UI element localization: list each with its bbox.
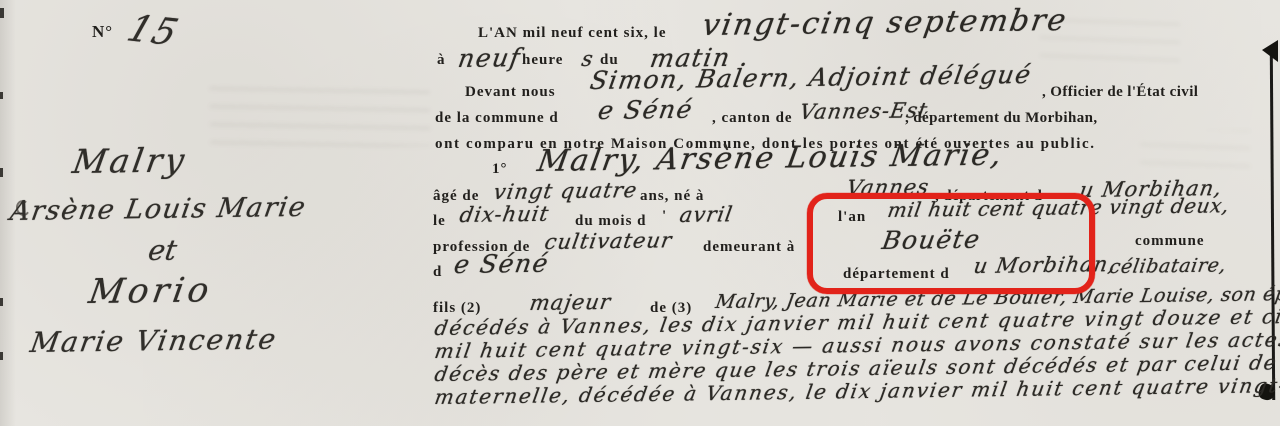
act-line-date-printed: L'AN mil neuf cent six, le (478, 25, 667, 42)
majeur-handwritten: majeur (528, 290, 613, 315)
departement-printed: , département du Morbihan, (905, 110, 1098, 127)
margin-conjunction: et (146, 234, 179, 267)
age-handwritten: vingt quatre (492, 178, 639, 204)
margin-name-given-2: Marie Vincente (28, 323, 280, 359)
comparant-name-handwritten: Malry, Arsène Louis Marie, (535, 138, 1006, 179)
comparant-ordinal-printed: 1° (492, 161, 508, 178)
scan-edge-artifact (0, 352, 3, 360)
birthdate-month-label-printed: du mois d (575, 213, 647, 230)
birthdate-le-printed: le (433, 213, 446, 230)
officer-name-handwritten: Simon, Balern, Adjoint délégué (588, 60, 1034, 95)
scan-edge-artifact (0, 168, 3, 177)
act-date-handwritten: vingt-cinq septembre (700, 3, 1070, 43)
margin-name-given: Arsène Louis Marie (8, 192, 309, 227)
commune-handwritten: e Séné (596, 95, 695, 125)
fils-label-printed: fils (2) (433, 300, 481, 317)
officer-title-printed: , Officier de l'État civil (1042, 84, 1198, 101)
profession-handwritten: cultivateur (543, 228, 674, 254)
commune-label-printed: de la commune d (435, 110, 559, 127)
scan-edge-artifact (1262, 40, 1278, 62)
scan-edge-artifact (0, 298, 3, 306)
residence-commune-d-printed: d (433, 264, 442, 281)
apostrophe-printed: ' (662, 208, 667, 225)
marital-status-handwritten: célibataire, (1108, 254, 1228, 278)
act-hour-printed-a: à (437, 52, 446, 69)
birthdate-month-handwritten: avril (678, 202, 735, 227)
bleedthrough-smudge (1140, 130, 1250, 170)
scan-edge-artifact (0, 8, 4, 18)
residence-commune-handwritten: e Séné (452, 249, 551, 279)
bleedthrough-smudge (209, 76, 430, 150)
scanned-register-page: N° 15 Malry Arsène Louis Marie et Morio … (0, 0, 1280, 426)
act-number-value: 15 (122, 8, 185, 54)
canton-label-printed: , canton de (712, 110, 793, 127)
margin-name-surname-2: Morio (86, 270, 216, 312)
margin-name-surname: Malry (70, 140, 190, 181)
act-hour-handwritten: neuf (456, 43, 523, 73)
act-number-label: N° (92, 22, 113, 42)
scan-edge-artifact (0, 92, 3, 99)
act-hour-printed-heure: heure (522, 52, 563, 69)
commune-word-printed: commune (1135, 233, 1205, 250)
red-annotation-box (807, 193, 1095, 294)
officer-intro-printed: Devant nous (465, 84, 556, 101)
birthdate-day-handwritten: dix-huit (458, 202, 551, 227)
residence-label-printed: demeurant à (703, 239, 795, 256)
